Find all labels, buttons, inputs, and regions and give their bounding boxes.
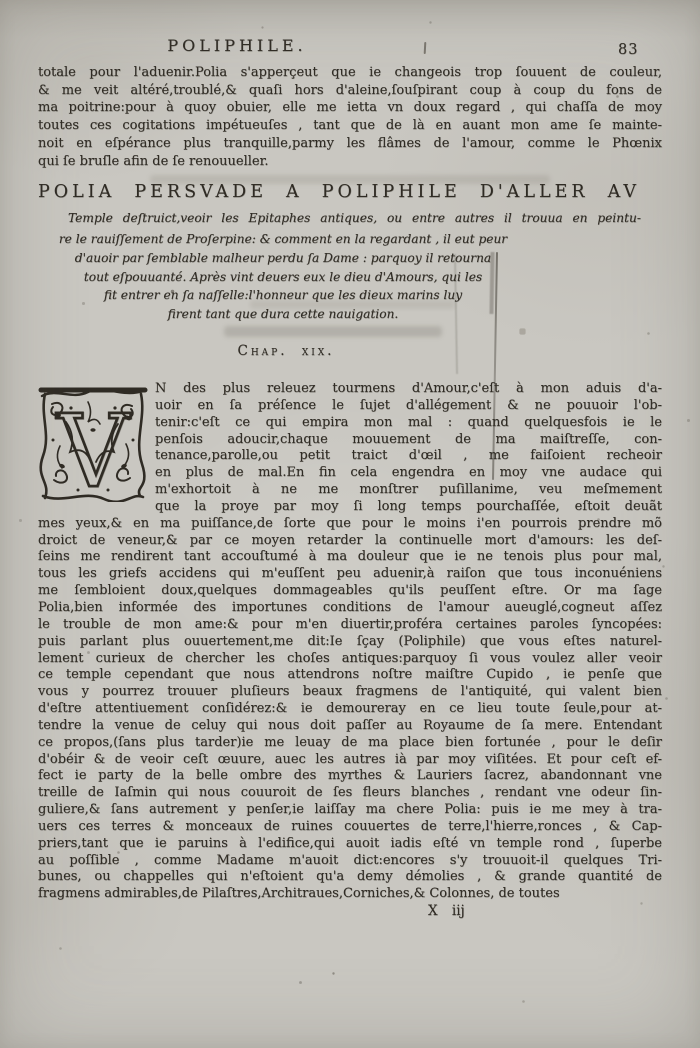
text-line: Polia,bien informée des importunes condi… [38, 600, 662, 617]
text-line: d'obéir & de veoir ceſt œuure, auec les … [38, 752, 662, 769]
text-line: tendre la venue de celuy qui nous doit p… [38, 718, 662, 735]
argument-line: tout eſpouuanté. Après vint deuers eux l… [10, 268, 556, 287]
drop-cap-woodcut: V [38, 382, 148, 504]
text-line: ce propos,(ſans plus tarder)ie me leuay … [38, 735, 662, 752]
text-line: droict de veneur,& par ce moyen retarder… [38, 533, 662, 550]
text-line: ſeins me rendirent tant accouſtumé à ma … [38, 549, 662, 566]
argument-line: re le rauiſſement de Proſerpine: & comme… [10, 230, 556, 249]
text-line: uers ces terres & monceaux de ruines cou… [38, 819, 662, 836]
page-number: 83 [618, 42, 638, 58]
text-line: bunes, ou chappelles qui n'eſtoient qu'a… [38, 869, 662, 886]
running-title: POLIPHILE. [0, 36, 474, 55]
text-line: & me veit altéré,troublé,& quaſi hors d'… [38, 82, 662, 100]
intro-paragraph: totale pour l'aduenir.Polia s'apperçeut … [38, 64, 662, 170]
text-line: totale pour l'aduenir.Polia s'apperçeut … [38, 64, 662, 82]
drop-cap-ornament-icon: V [38, 382, 148, 502]
text-line: ma poitrine:pour à quoy obuier, elle me … [38, 99, 662, 117]
book-page-scan: POLIPHILE. 83 totale pour l'aduenir.Poli… [0, 0, 700, 1048]
text-line: au poſſible , comme Madame m'auoit dict:… [38, 853, 662, 870]
show-through-smudge [150, 175, 550, 184]
text-line: toutes ces cogitations impétueuſes , tan… [38, 117, 662, 135]
show-through-smudge [224, 326, 442, 337]
text-line: le trouble de mon ame:& pour m'en diuert… [38, 617, 662, 634]
text-line: mes yeux,& en ma puiſſance,de ſorte que … [38, 516, 662, 533]
chapter-argument: re le rauiſſement de Proſerpine: & comme… [10, 230, 556, 324]
chapter-number-label: Chap. xix. [216, 343, 356, 359]
text-line: fect ie party de la belle ombre des myrt… [38, 768, 662, 785]
text-line: tous les griefs accidens qui m'euſſent p… [38, 566, 662, 583]
body-paragraph: V N des plus releuez tourmens d'Amour,c'… [38, 381, 662, 903]
text-line: treille de Iaſmin qui nous couuroit de ſ… [38, 785, 662, 802]
ink-speckles [0, 0, 1, 1]
show-through-smudge [250, 300, 455, 309]
chapter-argument-first-line: Temple deſtruict,veoir les Epitaphes ant… [68, 211, 641, 225]
drop-cap-letter: V [56, 393, 131, 502]
text-line: fragmens admirables,de Pilaſtres,Architr… [38, 886, 662, 903]
text-line: me ſembloient doux,quelques dommageables… [38, 583, 662, 600]
text-line: ce temple cependant que nous attendrons … [38, 667, 662, 684]
text-line: d'eſtre attentiuement conſidérez:& ie de… [38, 701, 662, 718]
signature-mark: X iij [428, 903, 465, 919]
text-line: priers,tant que ie paruins à l'edifice,q… [38, 836, 662, 853]
argument-line: d'auoir par ſemblable malheur perdu ſa D… [10, 249, 556, 268]
text-line: puis parlant plus ouuertement,me dit:Ie … [38, 634, 662, 651]
text-line: vous y pourrez trouuer pluſieurs beaux f… [38, 684, 662, 701]
text-line: noit en eſpérance plus tranquille,parmy … [38, 135, 662, 153]
text-line: guliere,& ſans autrement y penſer,ie lai… [38, 802, 662, 819]
text-line: lement curieux de chercher les choſes an… [38, 651, 662, 668]
chapter-title: POLIA PERSVADE A POLIPHILE D'ALLER AV [38, 182, 640, 202]
text-line: qui ſe bruſle afin de ſe renouueller. [38, 153, 662, 171]
